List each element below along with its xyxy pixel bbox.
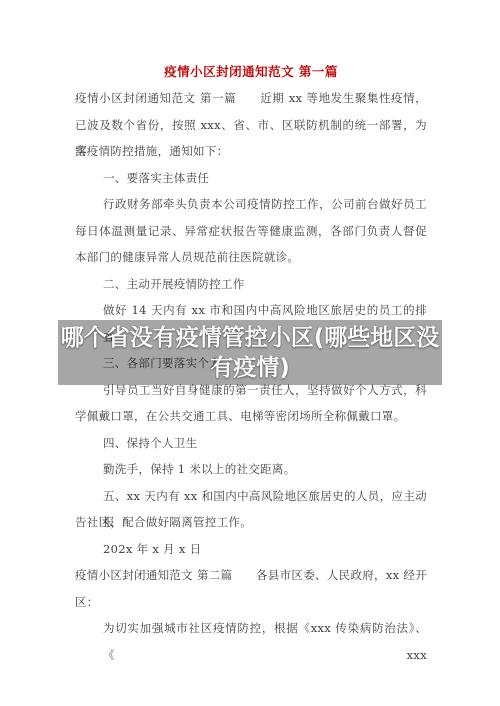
doc-line: 实疫情防控措施，通知如下： bbox=[75, 138, 427, 165]
doc-line: 二、主动开展疫情防控工作 bbox=[75, 271, 427, 298]
doc-line: 为切实加强城市社区疫情防控，根据《xxx 传染病防治法》、《xxx bbox=[75, 615, 427, 642]
doc-line: 每日体温测量记录、异常症状报告等健康监测，各部门负责人督促 bbox=[75, 218, 427, 245]
document-title: 疫情小区封闭通知范文 第一篇 bbox=[75, 58, 427, 85]
overlay-text-line-1: 哪个省没有疫情管控小区(哪些地区没 bbox=[61, 323, 440, 353]
doc-line: 本部门的健康异常人员规范前往医院就诊。 bbox=[75, 244, 427, 271]
doc-line: 勤洗手，保持 1 米以上的社交距离。 bbox=[75, 456, 427, 483]
document-page: 疫情小区封闭通知范文 第一篇 疫情小区封闭通知范文 第一篇 近期 xx 等地发生… bbox=[0, 0, 500, 706]
overlay-text-line-2: 有疫情) bbox=[210, 353, 290, 383]
doc-line: 告社区，配合做好隔离管控工作。 bbox=[75, 509, 427, 536]
doc-line: 疫情小区封闭通知范文 第一篇 近期 xx 等地发生聚集性疫情， bbox=[75, 85, 427, 112]
overlay-watermark: 哪个省没有疫情管控小区(哪些地区没 有疫情) bbox=[58, 320, 442, 385]
doc-line: 疫情小区封闭通知范文 第二篇 各县市区委、人民政府，xx 经开 bbox=[75, 562, 427, 589]
doc-line: 学佩戴口罩，在公共交通工具、电梯等密闭场所全称佩戴口罩。 bbox=[75, 403, 427, 430]
doc-line: 一、要落实主体责任 bbox=[75, 165, 427, 192]
doc-line: 已波及数个省份，按照 xxx、省、市、区联防机制的统一部署，为落 bbox=[75, 112, 427, 139]
doc-line: 五、xx 天内有 xx 和国内中高风险地区旅居史的人员，应主动报 bbox=[75, 483, 427, 510]
doc-line: 202x 年 x 月 x 日 bbox=[75, 536, 427, 563]
doc-line: 四、保持个人卫生 bbox=[75, 430, 427, 457]
doc-line: 行政财务部牵头负责本公司疫情防控工作，公司前台做好员工 bbox=[75, 191, 427, 218]
doc-line: 区： bbox=[75, 589, 427, 616]
